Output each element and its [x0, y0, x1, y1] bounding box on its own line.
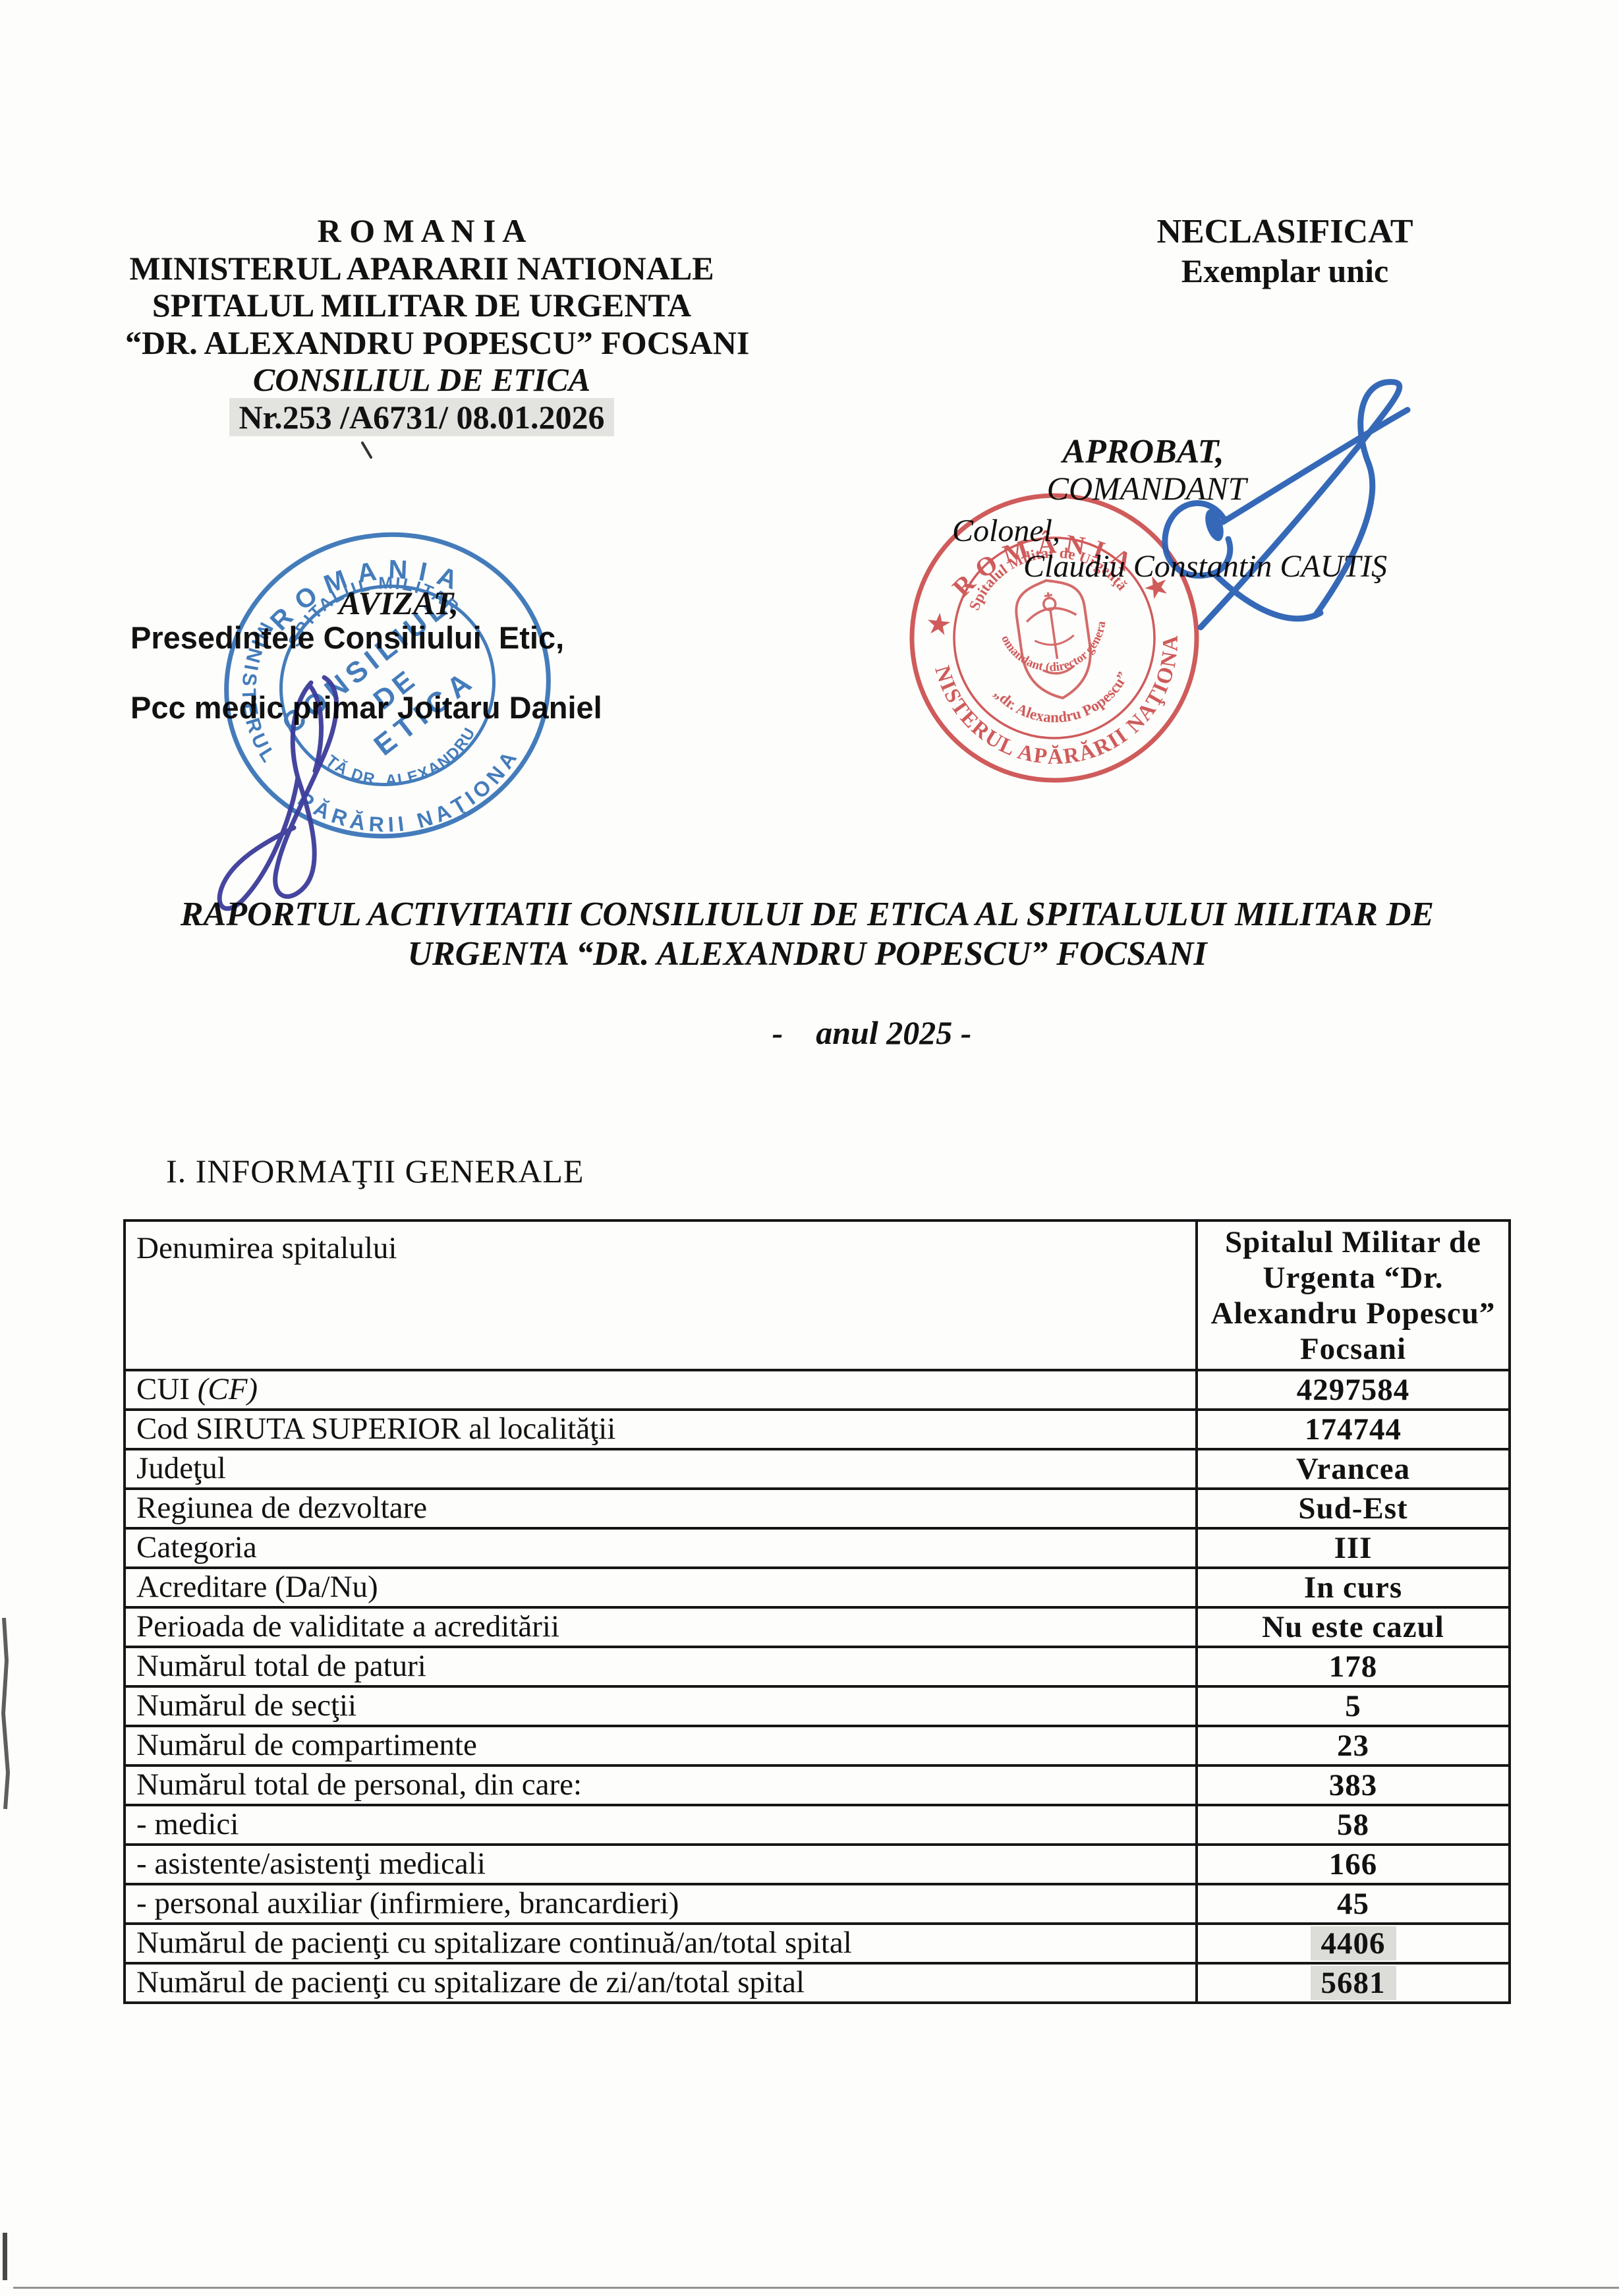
table-row-value: 4406 — [1197, 1924, 1510, 1963]
table-row: Categoria III — [125, 1528, 1510, 1568]
table-row-value: Spitalul Militar de Urgenta “Dr. Alexand… — [1197, 1220, 1510, 1370]
table-row-value: Nu este cazul — [1197, 1607, 1510, 1647]
table-row-value: 166 — [1197, 1845, 1510, 1884]
table-row: Numărul de compartimente 23 — [125, 1726, 1510, 1765]
table-row: Perioada de validitate a acreditării Nu … — [125, 1607, 1510, 1647]
council-line: CONSILIUL DE ETICA — [125, 361, 718, 399]
table-row-value: 5 — [1197, 1686, 1510, 1726]
header-left-block: R O M A N I A MINISTERUL APARARII NATION… — [125, 212, 718, 436]
table-row: - medici 58 — [125, 1805, 1510, 1845]
table-row-value: 5681 — [1197, 1963, 1510, 2003]
table-row-label: Judeţul — [125, 1449, 1197, 1489]
table-row-label: Regiunea de dezvoltare — [125, 1489, 1197, 1528]
table-row-label: - asistente/asistenţi medicali — [125, 1845, 1197, 1884]
svg-text:Comandant (director general): Comandant (director general) — [998, 618, 1115, 681]
table-row-value: 178 — [1197, 1647, 1510, 1686]
table-row-label: Cod SIRUTA SUPERIOR al localităţii — [125, 1410, 1197, 1449]
blue-stamp-ring-bottom: APĂRĂRII NAŢIONAL — [269, 642, 534, 857]
approval-role: COMANDANT — [992, 469, 1301, 507]
table-row-label: Numărul total de paturi — [125, 1647, 1197, 1686]
report-title: RAPORTUL ACTIVITATII CONSILIULUI DE ETIC… — [165, 895, 1450, 974]
classification-label: NECLASIFICAT — [1094, 212, 1476, 252]
table-row-value: 174744 — [1197, 1410, 1510, 1449]
red-stamp-coat-of-arms — [1012, 576, 1096, 703]
table-row-label: Categoria — [125, 1528, 1197, 1568]
approval-name: Claudiu Constantin CAUTIŞ — [1023, 548, 1387, 585]
table-row-label: Numărul de secţii — [125, 1686, 1197, 1726]
table-row-value: In curs — [1197, 1568, 1510, 1607]
table-row-value: 45 — [1197, 1884, 1510, 1924]
blue-council-stamp: ROMANIA MINISTERUL APĂRĂRII NAŢIONAL SPI… — [198, 505, 577, 867]
table-row: Numărul total de personal, din care: 383 — [125, 1765, 1510, 1805]
table-row-label: Numărul de pacienţi cu spitalizare conti… — [125, 1924, 1197, 1963]
table-row-value: 383 — [1197, 1765, 1510, 1805]
table-row-value: 4297584 — [1197, 1370, 1510, 1410]
endorsement-role: Presedintele Consiliului Etic, — [130, 619, 564, 656]
endorsement-label: AVIZAT, — [277, 584, 521, 622]
table-row-value: 58 — [1197, 1805, 1510, 1845]
table-row: - personal auxiliar (infirmiere, brancar… — [125, 1884, 1510, 1924]
table-row: Regiunea de dezvoltare Sud-Est — [125, 1489, 1510, 1528]
table-row-value: 23 — [1197, 1726, 1510, 1765]
copy-label: Exemplar unic — [1094, 252, 1476, 290]
svg-text:MINISTERUL APĂRĂRII NAŢIONALE: MINISTERUL APĂRĂRII NAŢIONALE — [925, 602, 1199, 786]
svg-text:„dr. Alexandru Popescu”: „dr. Alexandru Popescu” — [990, 668, 1137, 735]
section-heading: I. INFORMAŢII GENERALE — [166, 1152, 584, 1190]
table-row: Numărul de secţii 5 — [125, 1686, 1510, 1726]
info-table-body: Denumirea spitalului Spitalul Militar de… — [125, 1220, 1510, 2003]
table-row: Numărul total de paturi 178 — [125, 1647, 1510, 1686]
approval-label: APROBAT, — [988, 432, 1298, 471]
table-row-label: - personal auxiliar (infirmiere, brancar… — [125, 1884, 1197, 1924]
table-row-label: - medici — [125, 1805, 1197, 1845]
report-year: - anul 2025 - — [700, 1014, 1043, 1052]
table-row: CUI (CF) 4297584 — [125, 1370, 1510, 1410]
report-title-line1: RAPORTUL ACTIVITATII CONSILIULUI DE ETIC… — [165, 895, 1450, 934]
blue-stamp-inner-bottom: ŢĂ DR. ALEXANDRU — [320, 721, 488, 803]
table-row: Numărul de pacienţi cu spitalizare conti… — [125, 1924, 1510, 1963]
table-row: Numărul de pacienţi cu spitalizare de zi… — [125, 1963, 1510, 2003]
table-row-value: Sud-Est — [1197, 1489, 1510, 1528]
table-row-label: CUI (CF) — [125, 1370, 1197, 1410]
table-row-label: Denumirea spitalului — [125, 1220, 1197, 1370]
report-title-line2: URGENTA “DR. ALEXANDRU POPESCU” FOCSANI — [165, 934, 1450, 974]
header-right-block: NECLASIFICAT Exemplar unic — [1094, 212, 1476, 290]
ministry-line: MINISTERUL APARARII NATIONALE — [125, 250, 718, 287]
table-row-label: Perioada de validitate a acreditării — [125, 1607, 1197, 1647]
approval-rank: Colonel, — [952, 513, 1060, 549]
svg-text:ŢĂ DR. ALEXANDRU: ŢĂ DR. ALEXANDRU — [320, 721, 488, 803]
scanned-document-page: R O M A N I A MINISTERUL APARARII NATION… — [0, 0, 1619, 2296]
red-stamp-inner-center: Comandant (director general) — [998, 618, 1115, 681]
table-row-value: Vrancea — [1197, 1449, 1510, 1489]
red-stamp-ring-bottom: MINISTERUL APĂRĂRII NAŢIONALE — [925, 602, 1199, 786]
hospital-line: SPITALUL MILITAR DE URGENTA — [125, 287, 718, 324]
table-row-label: Numărul de pacienţi cu spitalizare de zi… — [125, 1963, 1197, 2003]
table-row-label: Numărul de compartimente — [125, 1726, 1197, 1765]
red-stamp-inner-bottom: „dr. Alexandru Popescu” — [990, 668, 1137, 735]
table-row: - asistente/asistenţi medicali 166 — [125, 1845, 1510, 1884]
table-row: Cod SIRUTA SUPERIOR al localităţii 17474… — [125, 1410, 1510, 1449]
table-row: Denumirea spitalului Spitalul Militar de… — [125, 1220, 1510, 1370]
table-row: Acreditare (Da/Nu) In curs — [125, 1568, 1510, 1607]
general-info-table: Denumirea spitalului Spitalul Militar de… — [123, 1219, 1511, 2004]
hospital-name-line: “DR. ALEXANDRU POPESCU” FOCSANI — [125, 324, 718, 362]
table-row: Judeţul Vrancea — [125, 1449, 1510, 1489]
registration-number-line: Nr.253 /A6731/ 08.01.2026 — [125, 399, 718, 436]
table-row-label: Acreditare (Da/Nu) — [125, 1568, 1197, 1607]
table-row-label: Numărul total de personal, din care: — [125, 1765, 1197, 1805]
country-line: R O M A N I A — [125, 212, 718, 250]
endorsement-signer: Pcc medic primar Joitaru Daniel — [130, 689, 602, 726]
svg-text:APĂRĂRII NAŢIONAL: APĂRĂRII NAŢIONAL — [269, 642, 534, 857]
table-row-value: III — [1197, 1528, 1510, 1568]
